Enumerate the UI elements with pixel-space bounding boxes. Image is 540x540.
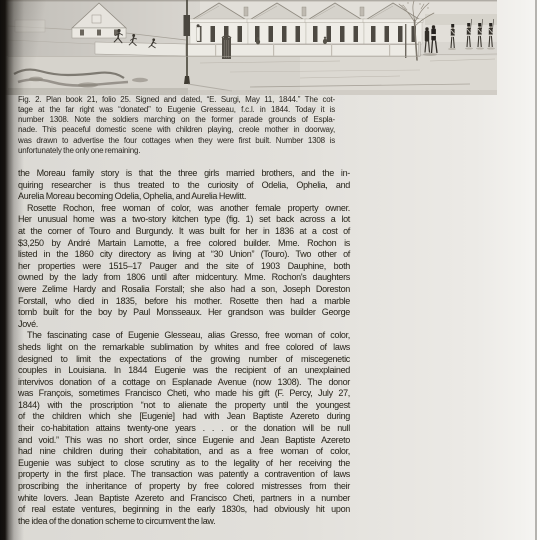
iron-gate [222,36,231,59]
text-line: $3,250 by André Martain Lamotte, a free … [18,238,350,250]
text-line: intervivos donation of a cottage on Espl… [18,377,350,389]
text-line: was François, sometimes Francisco Cheti,… [18,388,350,400]
chimney [360,7,364,16]
caption-line: unfortunately the only one remaining. [18,146,335,156]
paragraph: the Moreau family story is that the thre… [18,168,350,203]
chimney [302,7,306,16]
text-line: of the children which she [Eugenie] had … [18,411,350,423]
text-line: Eugenie was subject to close scrutiny as… [18,458,350,470]
text-line: owned by the lady from 1806 until after … [18,272,350,284]
text-line: proscribing the inheritance of property … [18,481,350,493]
text-line: Forstall, who died in 1835, before his m… [18,296,350,308]
text-line: couples in Louisiana. In 1844 Eugenie wa… [18,365,350,377]
body-text: the Moreau family story is that the thre… [18,168,350,527]
text-line: and void.” This was no short order, sinc… [18,435,350,447]
chimney [244,7,248,16]
text-line: sheds light on the remarkable sublimatio… [18,342,350,354]
text-line: property in the first place. The transac… [18,469,350,481]
caption-line: tage at the far right was “donated” to E… [18,105,335,115]
book-page: Fig. 2. Plan book 21, folio 25. Signed a… [0,0,540,540]
text-line: quiring researcher is thus treated to th… [18,180,350,192]
text-line: the idea of the donation scheme to circu… [18,516,350,528]
text-line: the Moreau family story is that the thre… [18,168,350,180]
text-line: Rosette Rochon, free woman of color, was… [18,203,350,215]
paragraph: Rosette Rochon, free woman of color, was… [18,203,350,331]
mother-in-doorway [196,24,200,41]
text-line: her properties were 1515–17 Pauger and t… [18,261,350,273]
front-fence-wall [186,42,421,56]
left-garden-wall [95,42,186,56]
caption-line: number 1308. Note the soldiers marching … [18,115,335,125]
caption-line: Fig. 2. Plan book 21, folio 25. Signed a… [18,95,335,105]
text-line: their co-habitation attains twenty-one y… [18,423,350,435]
text-line: of real estate ventures, beginning in th… [18,504,350,516]
figure-caption: Fig. 2. Plan book 21, folio 25. Signed a… [18,95,335,156]
figure-illustration [0,0,497,95]
caption-line: nade. This peaceful domestic scene with … [18,125,335,135]
text-line: were Zelime Hardy and Rosalia Forstall; … [18,284,350,296]
text-line: 1844) with the proscription “not to alie… [18,400,350,412]
text-line: designed to limit the expectations of th… [18,354,350,366]
text-line: The fascinating case of Eugenie Glesseau… [18,330,350,342]
caption-line: was drawn to advertise the four cottages… [18,136,335,146]
paragraph: The fascinating case of Eugenie Glesseau… [18,330,350,527]
cottage-row [189,3,423,44]
text-line: Her unusual home was a two-story kitchen… [18,214,350,226]
text-line: Aurelia Moreau becoming Odelia, Ophelia,… [18,191,350,203]
text-line: Jové. [18,319,350,331]
text-line: listed in the 1860 city directory as liv… [18,249,350,261]
text-line: at the corner of Touro and Burgundy. It … [18,226,350,238]
text-line: white lovers. Jean Baptiste Azereto and … [18,493,350,505]
fence-post [405,24,406,58]
text-line: tomb built for the boy by Paul Monsseaux… [18,307,350,319]
text-line: had nine children during their cohabitat… [18,446,350,458]
